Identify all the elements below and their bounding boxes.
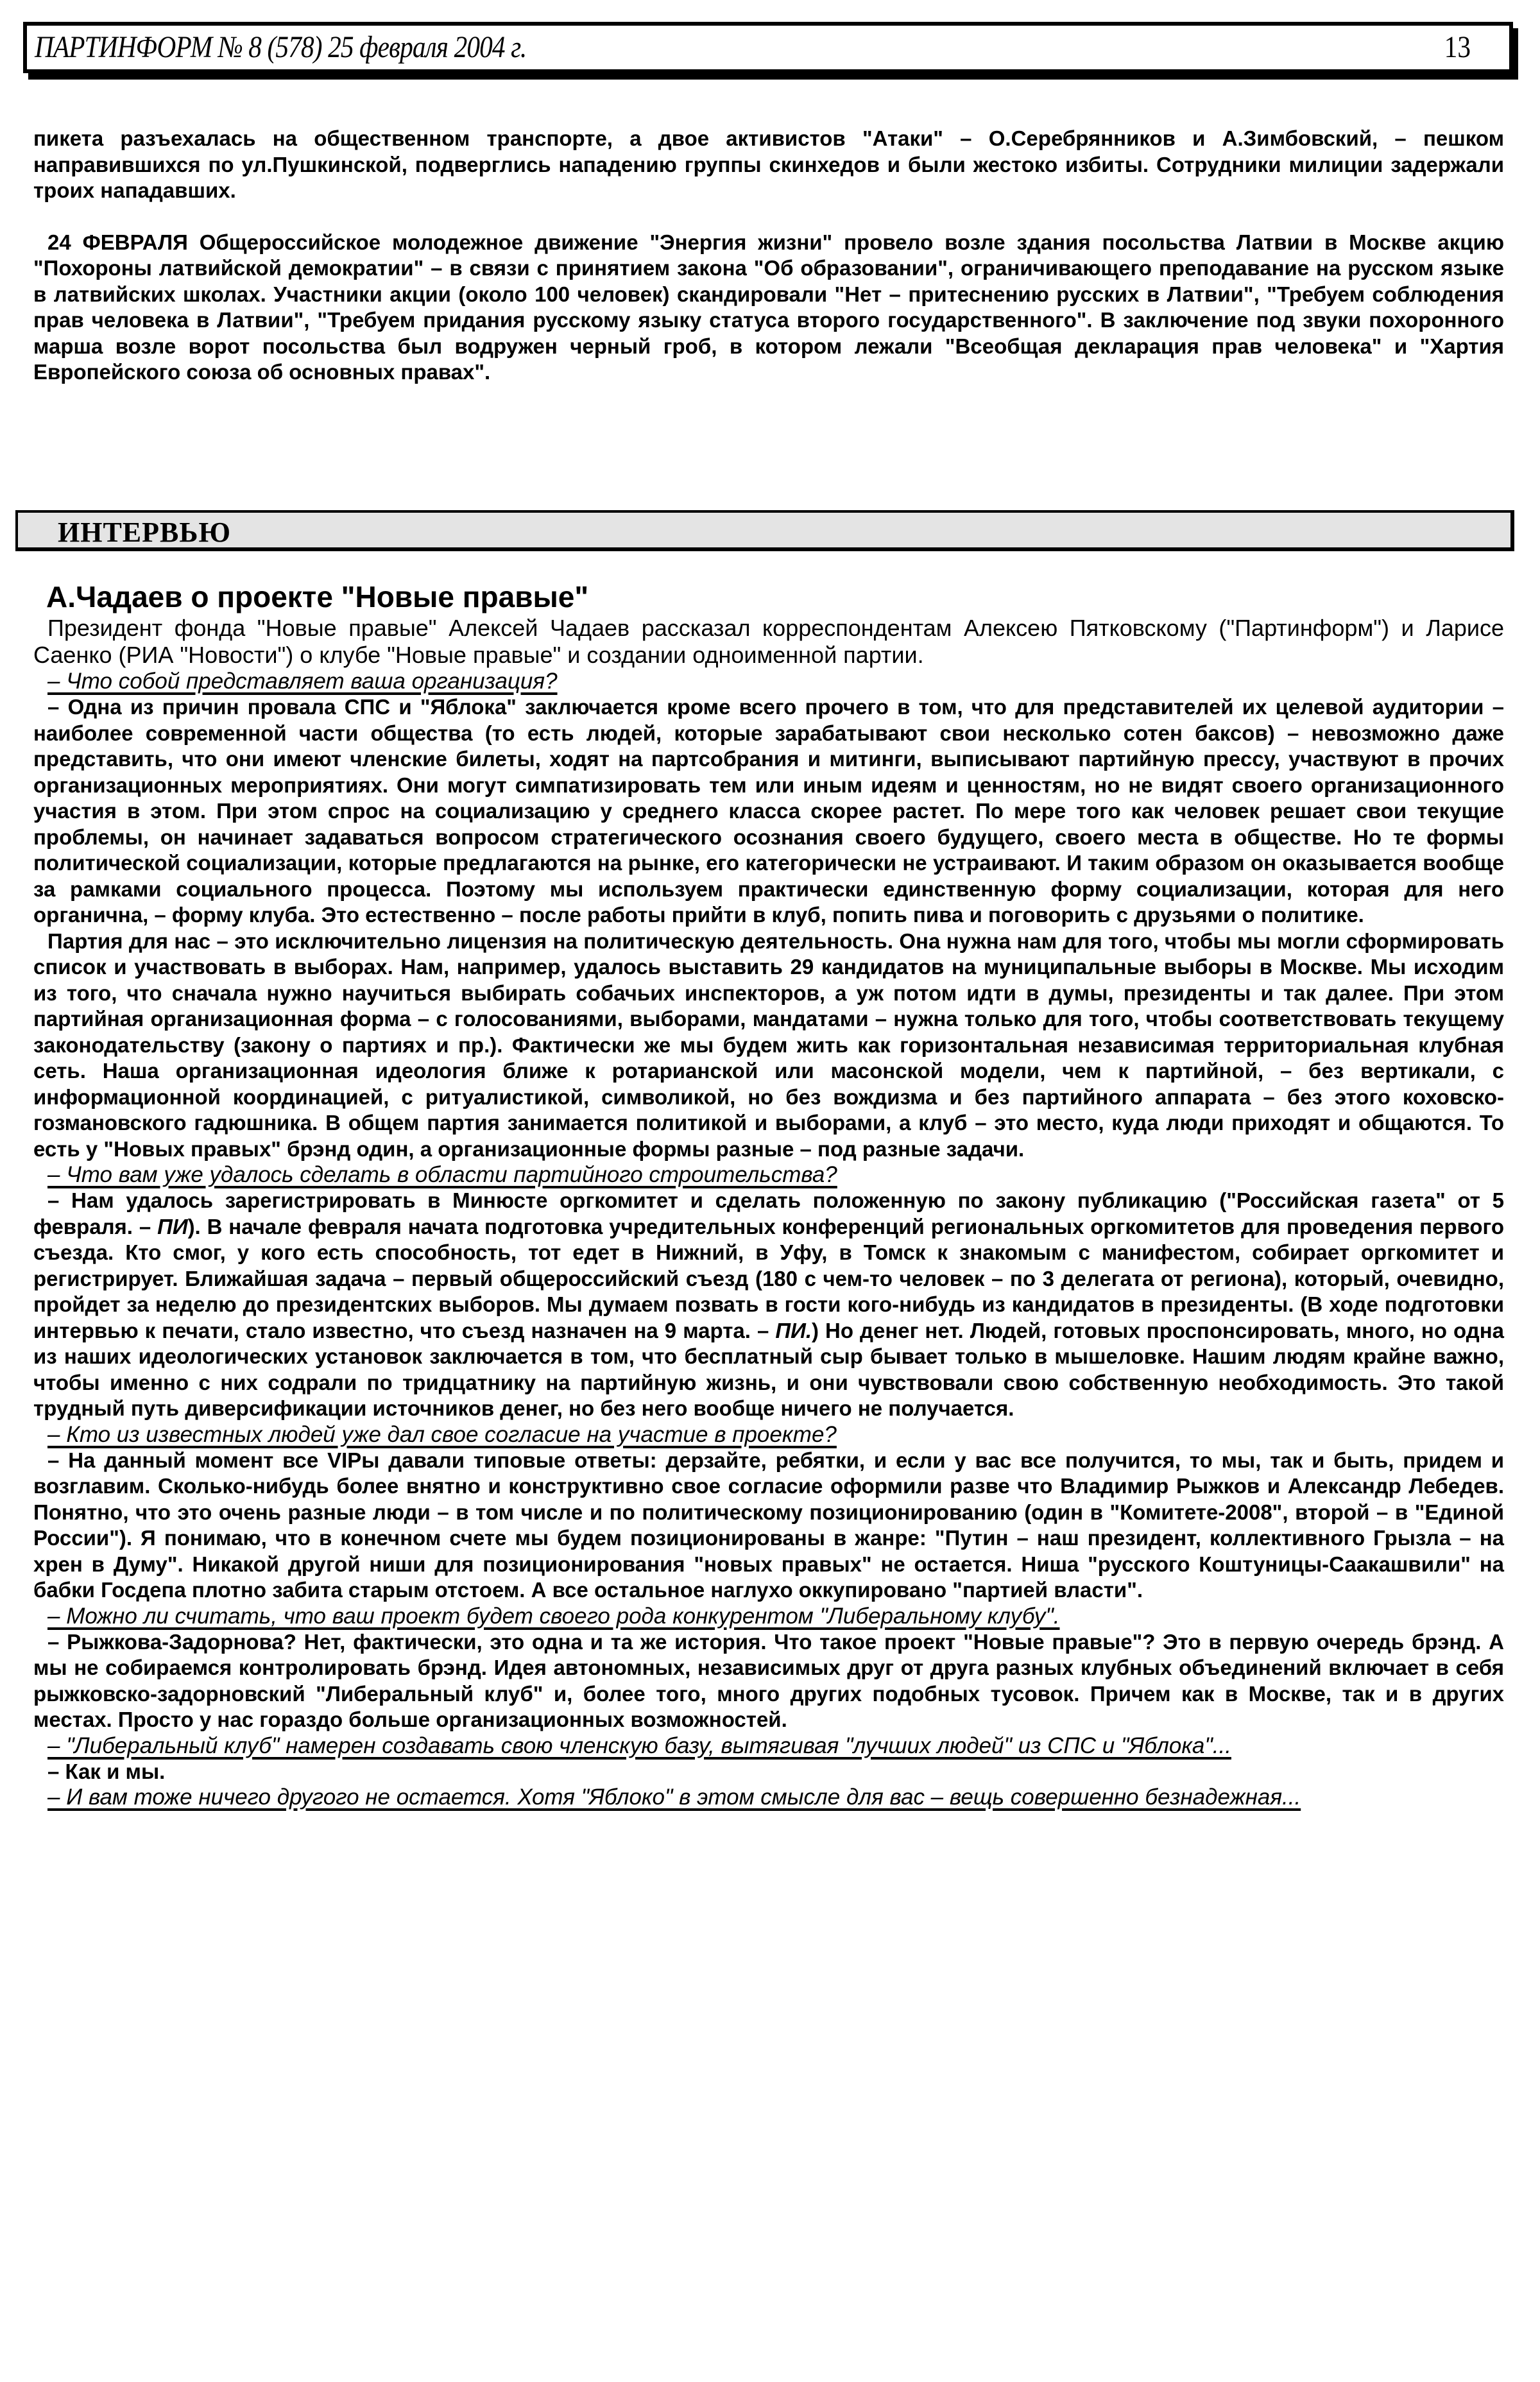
interview-article: А.Чадаев о проекте "Новые правые" Презид… <box>33 579 1504 1810</box>
question-text: – Что вам уже удалось сделать в области … <box>47 1162 837 1187</box>
question-text: – И вам тоже ничего другого не остается.… <box>47 1785 1301 1810</box>
interview-answer: – Рыжкова-Задорнова? Нет, фактически, эт… <box>33 1629 1504 1733</box>
section-bar: ИНТЕРВЬЮ <box>15 510 1514 551</box>
news-item: 24 ФЕВРАЛЯ Общероссийское молодежное дви… <box>33 230 1504 386</box>
section-label: ИНТЕРВЬЮ <box>58 517 231 549</box>
interview-question: – "Либеральный клуб" намерен создавать с… <box>33 1733 1504 1759</box>
news-continuation: пикета разъехалась на общественном транс… <box>33 126 1504 204</box>
page-number: 13 <box>1444 30 1471 65</box>
interview-question: – Что вам уже удалось сделать в области … <box>33 1162 1504 1188</box>
interview-answer: – Нам удалось зарегистрировать в Минюсте… <box>33 1188 1504 1422</box>
editor-note: ПИ. <box>775 1319 812 1342</box>
question-text: – Что собой представляет ваша организаци… <box>47 669 558 694</box>
interview-question: – И вам тоже ничего другого не остается.… <box>33 1785 1504 1810</box>
interview-answer: Партия для нас – это исключительно лицен… <box>33 929 1504 1163</box>
news-section: пикета разъехалась на общественном транс… <box>33 126 1504 386</box>
interview-answer: – На данный момент все VIPы давали типов… <box>33 1448 1504 1604</box>
article-title: А.Чадаев о проекте "Новые правые" <box>46 579 1504 615</box>
interview-question: – Можно ли считать, что ваш проект будет… <box>33 1604 1504 1629</box>
news-item-text: Общероссийское молодежное движение "Энер… <box>33 230 1504 384</box>
question-text: – Можно ли считать, что ваш проект будет… <box>47 1604 1059 1629</box>
article-lead: Президент фонда "Новые правые" Алексей Ч… <box>33 615 1504 669</box>
interview-answer: – Как и мы. <box>33 1759 1504 1785</box>
question-text: – "Либеральный клуб" намерен создавать с… <box>47 1733 1231 1758</box>
interview-question: – Кто из известных людей уже дал свое со… <box>33 1422 1504 1448</box>
page-header: ПАРТИНФОРМ № 8 (578) 25 февраля 2004 г. … <box>23 22 1513 73</box>
interview-question: – Что собой представляет ваша организаци… <box>33 669 1504 694</box>
interview-body: – Что собой представляет ваша организаци… <box>33 669 1504 1810</box>
editor-note: ПИ <box>157 1215 187 1238</box>
news-item-date: 24 ФЕВРАЛЯ <box>47 230 188 254</box>
question-text: – Кто из известных людей уже дал свое со… <box>47 1422 837 1447</box>
publication-title: ПАРТИНФОРМ № 8 (578) 25 февраля 2004 г. <box>35 30 526 65</box>
interview-answer: – Одна из причин провала СПС и "Яблока" … <box>33 694 1504 929</box>
